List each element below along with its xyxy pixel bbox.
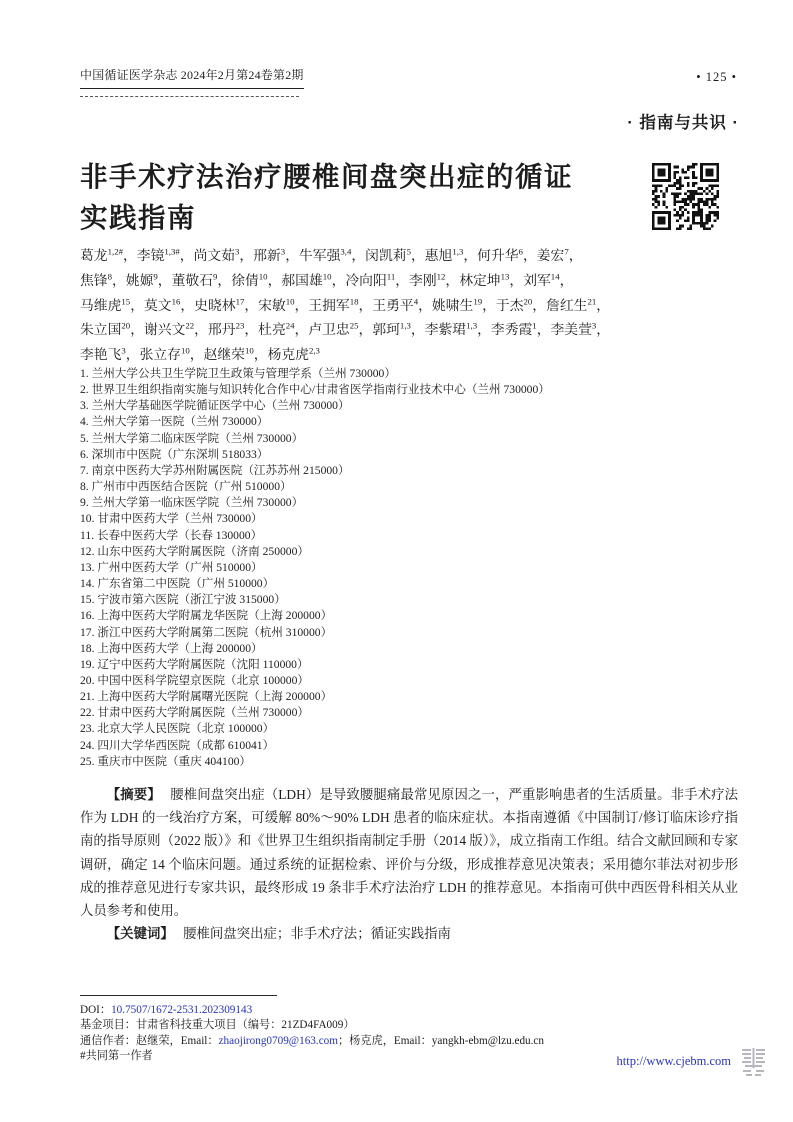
footnote-rule [80, 995, 277, 996]
affiliation-item: 23. 北京大学人民医院（北京 100000） [80, 721, 740, 737]
affiliation-item: 17. 浙江中医药大学附属第二医院（杭州 310000） [80, 625, 740, 641]
author-name: 邢新3 [253, 248, 285, 263]
affiliation-item: 16. 上海中医药大学附属龙华医院（上海 200000） [80, 608, 740, 624]
author-name: 姚啸生19 [432, 298, 482, 313]
author-separator: ， [268, 273, 282, 288]
abstract-label: 【摘要】 [107, 787, 161, 802]
affiliation-item: 1. 兰州大学公共卫生学院卫生政策与管理学系（兰州 730000） [80, 366, 740, 382]
journal-logo-icon [741, 1047, 766, 1079]
abstract-block: 【摘要】腰椎间盘突出症（LDH）是导致腰腿痛最常见原因之一，严重影响患者的生活质… [80, 783, 738, 945]
author-separator: ， [123, 248, 137, 263]
author-separator: ， [295, 298, 309, 313]
qr-code-icon [652, 163, 719, 230]
author-separator: ， [509, 273, 523, 288]
author-name: 惠旭1,3 [425, 248, 464, 263]
header-dashed-rule [80, 96, 299, 97]
author-name: 李艳飞3 [80, 347, 126, 362]
affiliation-item: 19. 辽宁中医药大学附属医院（沈阳 110000） [80, 657, 740, 673]
author-name: 闵凯莉5 [365, 248, 411, 263]
author-name: 李秀霞1 [491, 322, 537, 337]
author-separator: ， [359, 322, 373, 337]
affiliation-item: 20. 中国中医科学院望京医院（北京 100000） [80, 673, 740, 689]
author-name: 李镜1,3# [137, 248, 180, 263]
author-separator: ， [418, 298, 432, 313]
author-separator: ， [532, 298, 546, 313]
author-separator: ， [254, 347, 268, 362]
author-name: 冷向阳11 [345, 273, 395, 288]
author-name: 王勇平4 [372, 298, 418, 313]
author-line: 李艳飞3，张立存10，赵继荣10，杨克虎2,3 [80, 343, 748, 368]
author-list: 葛龙1,2#，李镜1,3#，尚文茹3，邢新3，牛军强3,4，闵凯莉5，惠旭1,3… [80, 244, 748, 368]
correspondence-line: 通信作者：赵继荣，Email：zhaojirong0709@163.com；杨克… [80, 1034, 720, 1049]
correspondence-text: 通信作者：赵继荣，Email： [80, 1035, 219, 1047]
author-name: 于杰20 [496, 298, 532, 313]
author-name: 徐倩10 [231, 273, 267, 288]
author-name: 杜亮24 [258, 322, 294, 337]
author-separator: ， [537, 322, 551, 337]
author-name: 何升华6 [477, 248, 523, 263]
author-name: 詹红生21 [546, 298, 596, 313]
affiliation-item: 21. 上海中医药大学附属曙光医院（上海 200000） [80, 689, 740, 705]
affiliation-item: 6. 深圳市中医院（广东深圳 518033） [80, 447, 740, 463]
author-line: 焦锋8，姚嫄9，董敬石9，徐倩10，郝国雄10，冷向阳11，李刚12，林定坤13… [80, 269, 748, 294]
author-name: 马维虎15 [80, 298, 130, 313]
author-name: 赵继荣10 [204, 347, 254, 362]
affiliation-item: 12. 山东中医药大学附属医院（济南 250000） [80, 544, 740, 560]
keywords-text: 腰椎间盘突出症；非手术疗法；循证实践指南 [183, 926, 451, 941]
author-separator: ， [332, 273, 346, 288]
author-name: 林定坤13 [459, 273, 509, 288]
affiliation-item: 22. 甘肃中医药大学附属医院（兰州 730000） [80, 705, 740, 721]
author-name: 姚嫄9 [126, 273, 158, 288]
author-separator: ， [596, 298, 610, 313]
author-separator: ， [180, 248, 194, 263]
author-separator: ， [463, 248, 477, 263]
author-separator: ， [523, 248, 537, 263]
abstract-paragraph: 【摘要】腰椎间盘突出症（LDH）是导致腰腿痛最常见原因之一，严重影响患者的生活质… [80, 783, 738, 922]
author-separator: ， [411, 322, 425, 337]
author-name: 史晓林17 [194, 298, 244, 313]
affiliation-item: 14. 广东省第二中医院（广州 510000） [80, 576, 740, 592]
author-name: 朱立国20 [80, 322, 130, 337]
author-separator: ， [477, 322, 491, 337]
article-page: 中国循证医学杂志 2024年2月第24卷第2期 • 125 • · 指南与共识 … [0, 0, 793, 1122]
author-separator: ， [130, 322, 144, 337]
affiliation-item: 2. 世界卫生组织指南实施与知识转化合作中心/甘肃省医学指南行业技术中心（兰州 … [80, 382, 740, 398]
affiliation-item: 13. 广州中医药大学（广州 510000） [80, 560, 740, 576]
author-name: 葛龙1,2# [80, 248, 123, 263]
author-separator: ， [560, 273, 574, 288]
affiliation-item: 25. 重庆市中医院（重庆 404100） [80, 754, 740, 770]
author-separator: ， [239, 248, 253, 263]
author-separator: ， [194, 322, 208, 337]
title-line1: 非手术疗法治疗腰椎间盘突出症的循证 [80, 161, 573, 192]
author-line: 葛龙1,2#，李镜1,3#，尚文茹3，邢新3，牛军强3,4，闵凯莉5，惠旭1,3… [80, 244, 748, 269]
keywords-paragraph: 【关键词】腰椎间盘突出症；非手术疗法；循证实践指南 [80, 922, 738, 945]
author-separator: ， [190, 347, 204, 362]
affiliation-item: 18. 上海中医药大学（上海 200000） [80, 641, 740, 657]
author-name: 牛军强3,4 [299, 248, 351, 263]
author-separator: ， [295, 322, 309, 337]
title-line2: 实践指南 [80, 202, 196, 233]
author-separator: ， [351, 248, 365, 263]
author-separator: ， [158, 273, 172, 288]
author-separator: ， [244, 298, 258, 313]
author-separator: ， [126, 347, 140, 362]
email-link[interactable]: zhaojirong0709@163.com [219, 1035, 338, 1047]
correspondence-text: yangkh-ebm@lzu.edu.cn [432, 1035, 544, 1047]
author-separator: ， [395, 273, 409, 288]
author-name: 李紫珺1,3 [425, 322, 477, 337]
author-name: 谢兴文22 [144, 322, 194, 337]
author-name: 董敬石9 [172, 273, 218, 288]
author-separator: ， [130, 298, 144, 313]
author-separator: ， [359, 298, 373, 313]
author-name: 李刚12 [409, 273, 445, 288]
author-name: 王拥军18 [308, 298, 358, 313]
author-name: 杨克虎2,3 [268, 347, 320, 362]
author-separator: ， [285, 248, 299, 263]
author-name: 郭珂1,3 [372, 322, 411, 337]
author-separator: ， [244, 322, 258, 337]
author-separator: ， [569, 248, 583, 263]
affiliation-item: 8. 广州市中西医结合医院（广州 510000） [80, 479, 740, 495]
affiliation-item: 24. 四川大学华西医院（成都 610041） [80, 738, 740, 754]
keywords-label: 【关键词】 [107, 926, 174, 941]
author-name: 姜宏7 [537, 248, 569, 263]
affiliation-item: 4. 兰州大学第一医院（兰州 730000） [80, 414, 740, 430]
author-name: 莫文16 [144, 298, 180, 313]
abstract-text: 腰椎间盘突出症（LDH）是导致腰腿痛最常见原因之一，严重影响患者的生活质量。非手… [80, 787, 738, 918]
article-title: 非手术疗法治疗腰椎间盘突出症的循证实践指南 [80, 156, 655, 238]
author-name: 焦锋8 [80, 273, 112, 288]
author-separator: ， [596, 322, 610, 337]
affiliation-item: 3. 兰州大学基础医学院循证医学中心（兰州 730000） [80, 398, 740, 414]
page-number: • 125 • [696, 70, 737, 85]
author-line: 马维虎15，莫文16，史晓林17，宋敏10，王拥军18，王勇平4，姚啸生19，于… [80, 294, 748, 319]
author-name: 邢丹23 [208, 322, 244, 337]
affiliation-item: 15. 宁波市第六医院（浙江宁波 315000） [80, 592, 740, 608]
doi-line: DOI：10.7507/1672-2531.202309143 [80, 1003, 720, 1018]
journal-info: 中国循证医学杂志 2024年2月第24卷第2期 [80, 66, 304, 89]
affiliation-item: 7. 南京中医药大学苏州附属医院（江苏苏州 215000） [80, 463, 740, 479]
author-name: 刘军14 [523, 273, 559, 288]
doi-label: DOI： [80, 1004, 111, 1016]
journal-url-link[interactable]: http://www.cjebm.com [617, 1054, 731, 1069]
author-separator: ， [180, 298, 194, 313]
author-line: 朱立国20，谢兴文22，邢丹23，杜亮24，卢卫忠25，郭珂1,3，李紫珺1,3… [80, 318, 748, 343]
section-label: · 指南与共识 · [627, 109, 739, 133]
author-name: 李美萱3 [551, 322, 597, 337]
fund-line: 基金项目：甘肃省科技重大项目（编号：21ZD4FA009） [80, 1018, 720, 1033]
author-name: 尚文茹3 [194, 248, 240, 263]
affiliation-item: 11. 长春中医药大学（长春 130000） [80, 528, 740, 544]
author-separator: ， [445, 273, 459, 288]
affiliation-list: 1. 兰州大学公共卫生学院卫生政策与管理学系（兰州 730000）2. 世界卫生… [80, 366, 740, 770]
doi-link[interactable]: 10.7507/1672-2531.202309143 [111, 1004, 252, 1016]
affiliation-item: 9. 兰州大学第一临床医学院（兰州 730000） [80, 495, 740, 511]
author-name: 宋敏10 [258, 298, 294, 313]
affiliation-item: 10. 甘肃中医药大学（兰州 730000） [80, 511, 740, 527]
author-name: 郝国雄10 [281, 273, 331, 288]
author-name: 张立存10 [140, 347, 190, 362]
author-separator: ， [411, 248, 425, 263]
author-separator: ， [217, 273, 231, 288]
author-separator: ， [482, 298, 496, 313]
affiliation-item: 5. 兰州大学第二临床医学院（兰州 730000） [80, 431, 740, 447]
correspondence-text: ；杨克虎，Email： [338, 1035, 432, 1047]
author-separator: ， [112, 273, 126, 288]
author-name: 卢卫忠25 [308, 322, 358, 337]
